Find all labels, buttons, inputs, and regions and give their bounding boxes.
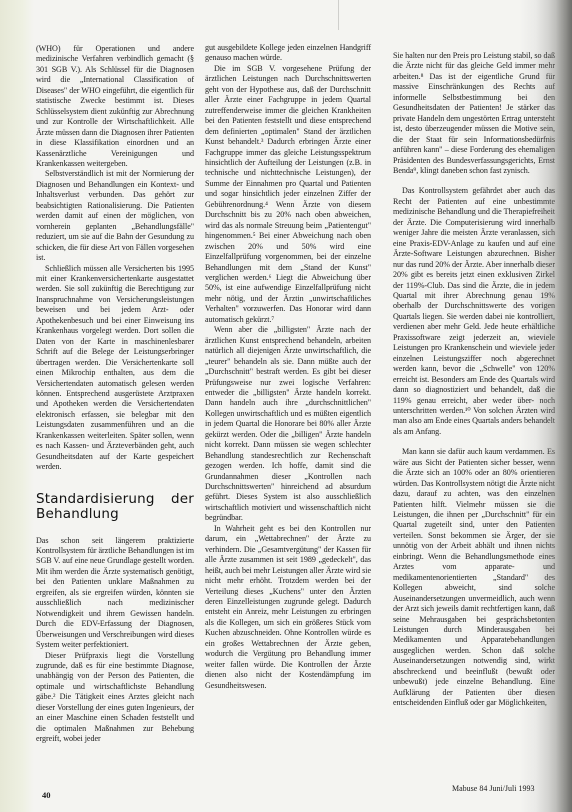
section-heading: Standardisierung der Behandlung bbox=[36, 492, 194, 522]
paragraph: Das Kontrollsystem gefährdet aber auch d… bbox=[393, 186, 555, 437]
text-column-right: Sie halten nur den Preis pro Leistung st… bbox=[393, 51, 555, 709]
paragraph: Das schon seit längerem praktizierte Kon… bbox=[36, 536, 194, 651]
paragraph: (WHO) für Operationen und andere medizin… bbox=[36, 44, 194, 169]
scanned-page: (WHO) für Operationen und andere medizin… bbox=[0, 0, 572, 812]
paragraph: Dieser Prüfpraxis liegt die Vorstellung … bbox=[36, 651, 194, 745]
paragraph: Schließlich müssen alle Versicherten bis… bbox=[36, 264, 194, 473]
paragraph: gut ausgebildete Kollege jeden einzelnen… bbox=[205, 43, 371, 64]
publication-footer: Mabuse 84 Juni/Juli 1993 bbox=[452, 784, 534, 793]
paragraph: Die im SGB V. vorgesehene Prüfung der är… bbox=[205, 64, 371, 325]
page-crease bbox=[338, 0, 339, 30]
paragraph: Selbstverständlich ist mit der Normierun… bbox=[36, 169, 194, 263]
paragraph: Wenn aber die „billigsten" Ärzte nach de… bbox=[205, 325, 371, 524]
text-column-left: (WHO) für Operationen und andere medizin… bbox=[36, 44, 194, 745]
paragraph: Man kann sie dafür auch kaum verdammen. … bbox=[393, 447, 555, 708]
paragraph: Sie halten nur den Preis pro Leistung st… bbox=[393, 51, 555, 176]
text-column-middle: gut ausgebildete Kollege jeden einzelnen… bbox=[205, 43, 371, 691]
paragraph: In Wahrheit geht es bei den Kontrollen n… bbox=[205, 524, 371, 691]
page-number: 40 bbox=[42, 790, 51, 800]
